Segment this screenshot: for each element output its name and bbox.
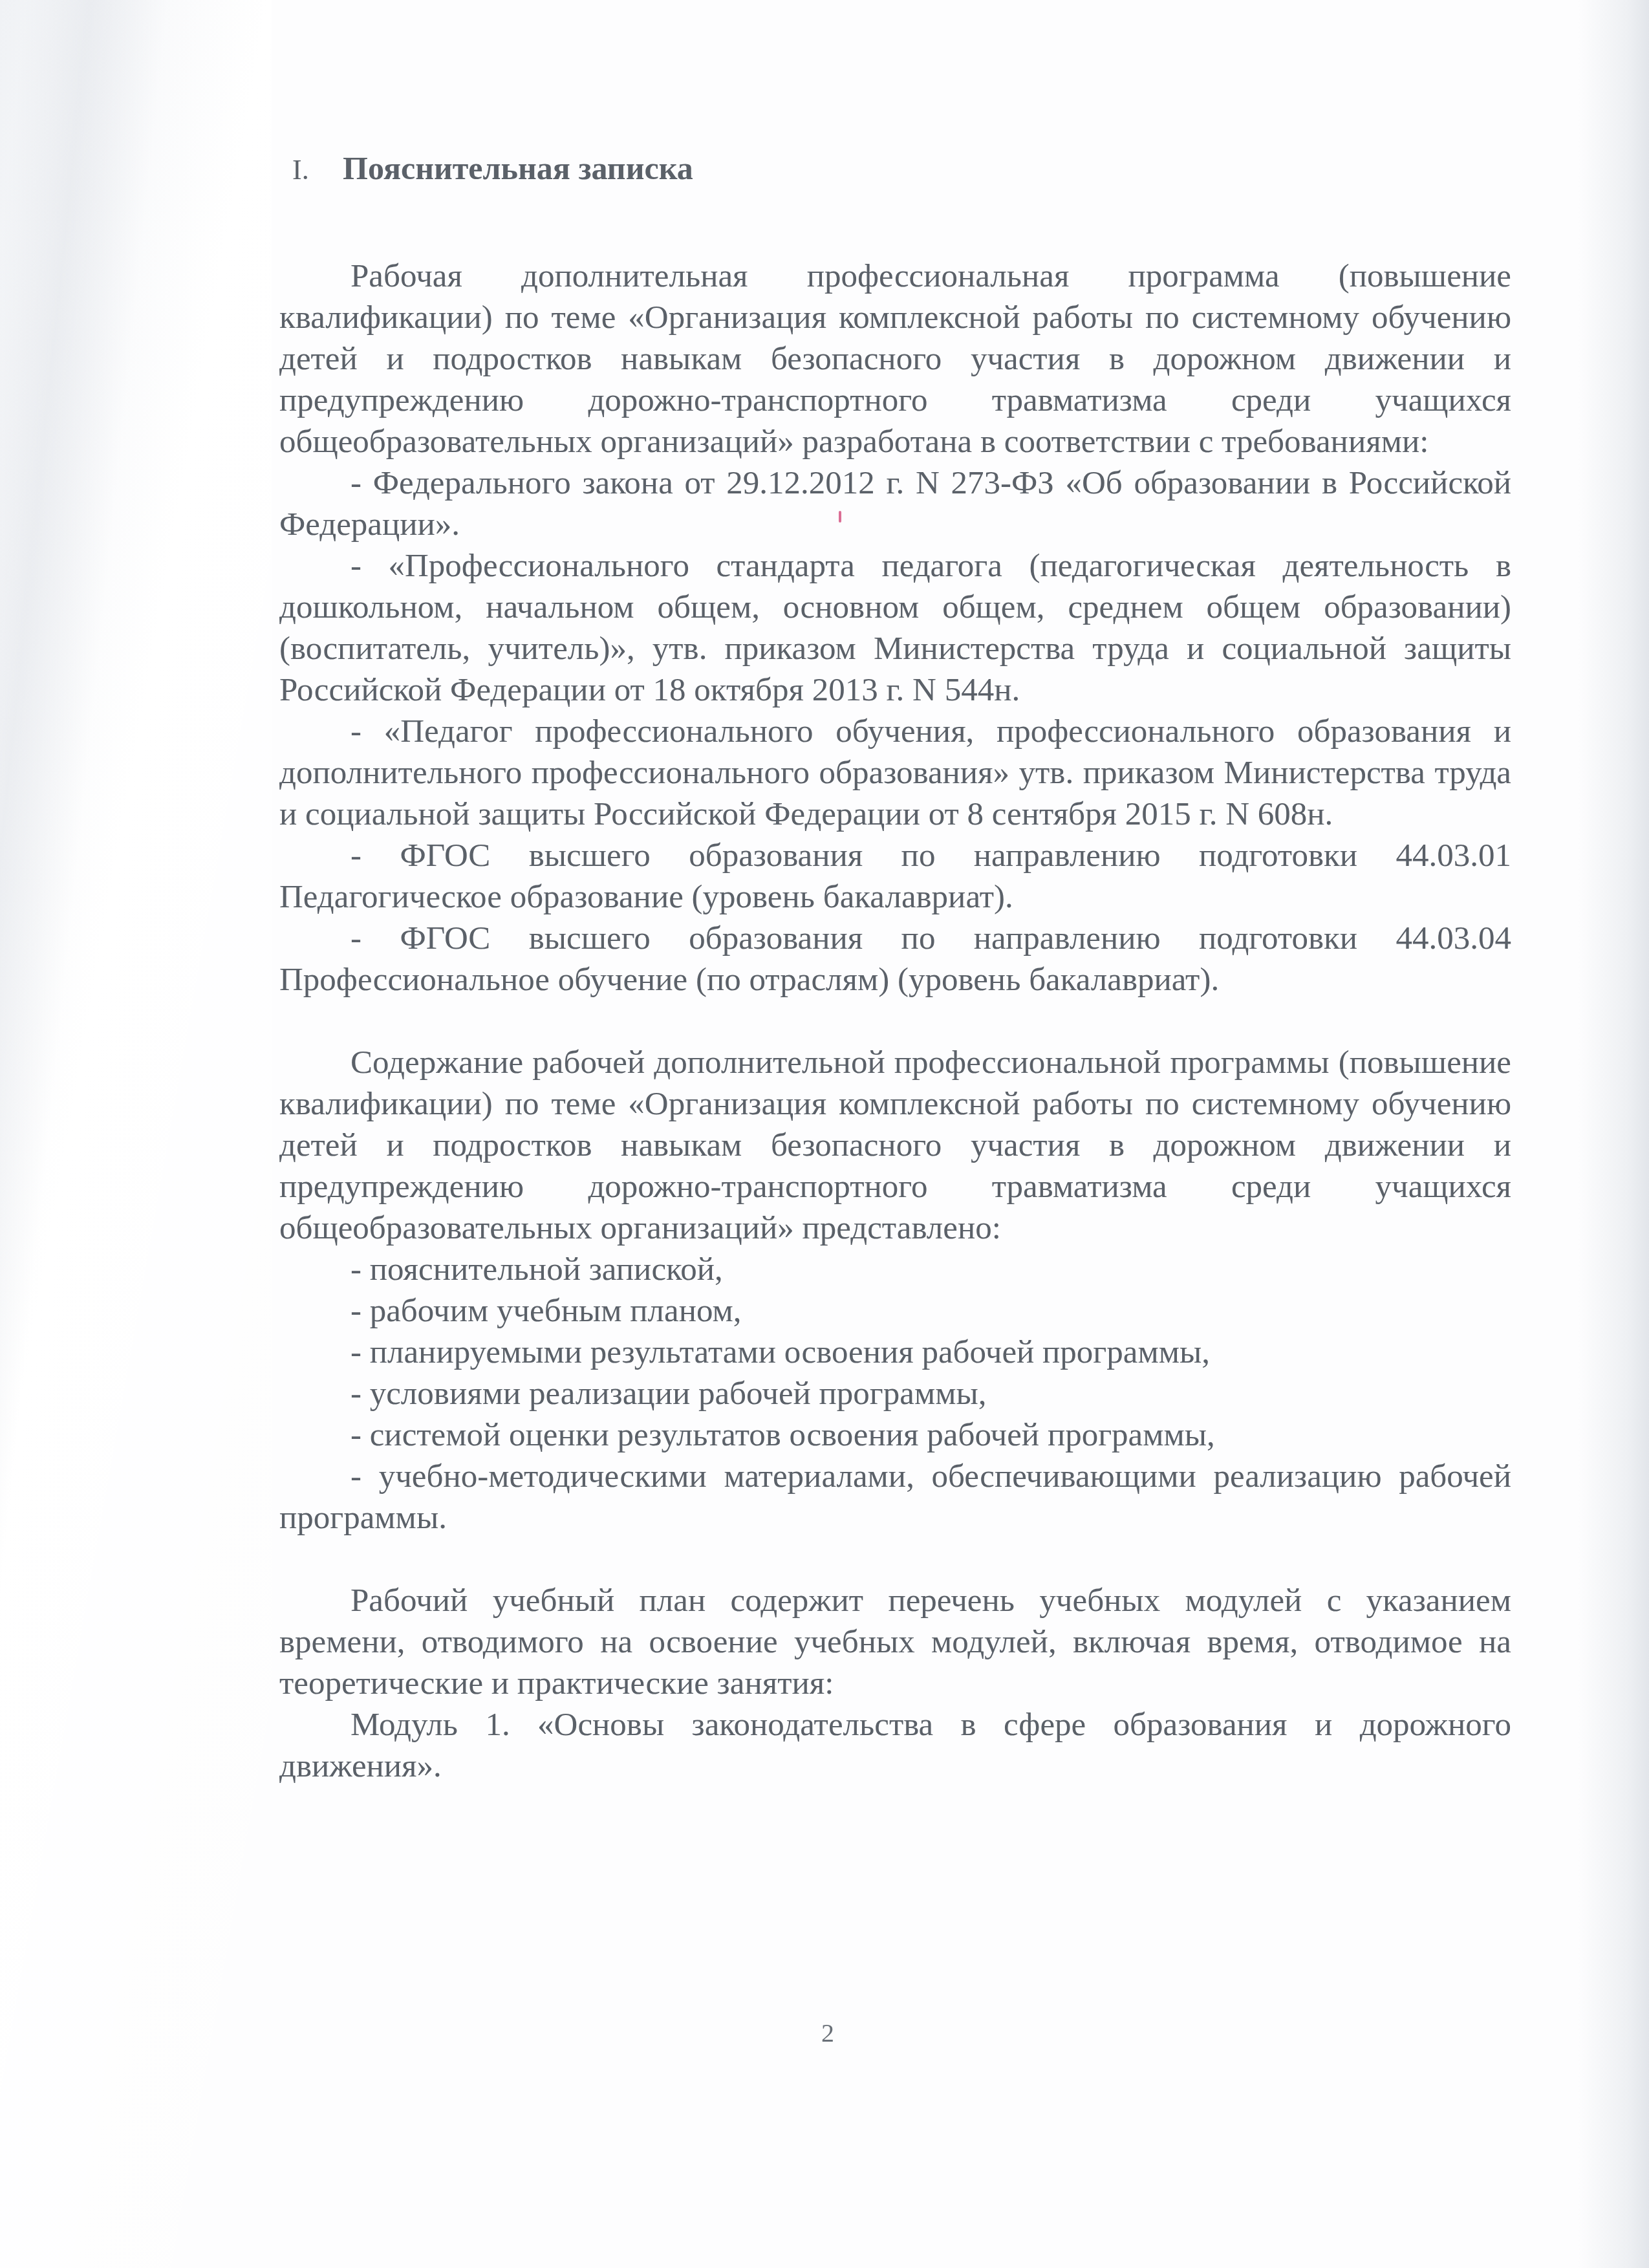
content-item: - пояснительной запиской, (279, 1249, 1511, 1290)
document-page: I. Пояснительная записка Рабочая дополни… (279, 147, 1511, 1787)
content-item: - системой оценки результатов освоения р… (279, 1414, 1511, 1456)
intro-paragraph: Рабочая дополнительная профессиональная … (279, 255, 1511, 462)
page-number: 2 (815, 2018, 841, 2048)
requirement-item: - Федерального закона от 29.12.2012 г. N… (279, 462, 1511, 545)
content-list: - пояснительной запиской, - рабочим учеб… (279, 1249, 1511, 1539)
plan-paragraph: Рабочий учебный план содержит перечень у… (279, 1580, 1511, 1704)
section-title: Пояснительная записка (343, 147, 693, 189)
requirements-list: - Федерального закона от 29.12.2012 г. N… (279, 462, 1511, 1000)
content-item: - условиями реализации рабочей программы… (279, 1373, 1511, 1414)
section-number: I. (292, 149, 343, 191)
page-edge-shadow (1578, 0, 1649, 2268)
requirement-item: - ФГОС высшего образования по направлени… (279, 835, 1511, 918)
page-fold-shadow (0, 0, 272, 2268)
content-paragraph: Содержание рабочей дополнительной профес… (279, 1042, 1511, 1249)
requirement-item: - ФГОС высшего образования по направлени… (279, 918, 1511, 1000)
module-1: Модуль 1. «Основы законодательства в сфе… (279, 1704, 1511, 1787)
requirement-item: - «Педагог профессионального обучения, п… (279, 711, 1511, 835)
content-item: - планируемыми результатами освоения раб… (279, 1332, 1511, 1373)
content-item: - учебно-методическими материалами, обес… (279, 1456, 1511, 1539)
page-fold-crease (0, 0, 168, 2268)
section-heading: I. Пояснительная записка (279, 147, 1511, 191)
requirement-item: - «Профессионального стандарта педагога … (279, 545, 1511, 711)
content-item: - рабочим учебным планом, (279, 1290, 1511, 1332)
